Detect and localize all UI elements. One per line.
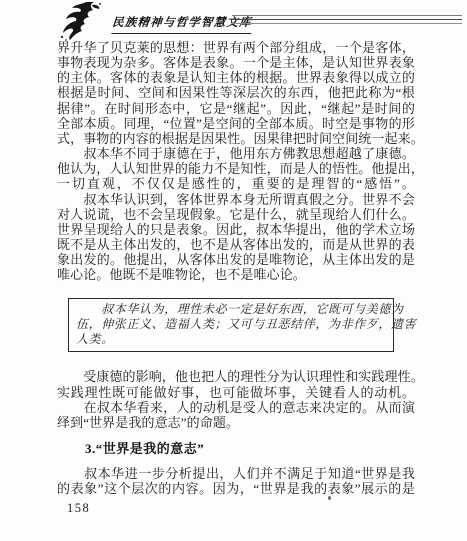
quote-box: 叔本华认为，理性未必一定是好东西，它既可与美德为伍，伸张正义、造福人类；又可与丑…	[68, 298, 394, 353]
text-line: 伍，伸张正义、造福人类；又可与丑恶结伴，为非作歹，遗害	[76, 317, 386, 332]
page-number: 158	[67, 501, 415, 516]
text-line: 在叔本华看来，人的动机是受人的意志来决定的。从而演	[57, 400, 415, 415]
text-line: 的主体。客体的表象是认知主体的根据。世界表象得以成立的	[57, 70, 415, 85]
header-rule-bottom	[232, 23, 462, 24]
text-line: 全部本质。同理，“位置”是空间的全部本质。时空是事物的形	[57, 116, 415, 131]
header-rule-lines	[232, 15, 462, 27]
text-line: 世界呈现给人的只是表象。因此，叔本华提出，他的学术立场	[57, 222, 415, 237]
body-paragraphs-middle: 受康德的影响，他也把人的理性分为认识理性和实践理性。实践理性既可能做好事，也可能…	[57, 369, 415, 430]
header-rule-middle	[232, 19, 462, 20]
text-line: 既不是从主体出发的，也不是从客体出发的，而是从世界的表	[57, 237, 415, 252]
text-line: 叔本华不同于康德在于，他用东方佛教思想超越了康德。	[57, 146, 415, 161]
text-column: 界升华了贝克莱的思想：世界有两个部分组成，一个是客体，事物表现为杂多。客体是表象…	[57, 40, 415, 516]
text-line: 绎到“世界是我的意志”的命题。	[57, 415, 415, 430]
text-line: 受康德的影响，他也把人的理性分为认识理性和实践理性。	[57, 369, 415, 384]
text-line: 叔本华认为，理性未必一定是好东西，它既可与美德为	[76, 302, 386, 317]
text-line: 事物表现为杂多。客体是表象。一个是主体，是认知世界表象	[57, 55, 415, 70]
header-rule-top	[232, 15, 462, 16]
section-heading: 3.“世界是我的意志”	[85, 438, 415, 457]
text-line: 他认为，人认知世界的能力不是知性，而是人的悟性。他提出，	[57, 161, 415, 176]
text-line: 叔本华认识到，客体世界本身无所谓真假之分。世界不会	[57, 192, 415, 207]
text-line: 人类。	[76, 332, 386, 347]
text-line: 根据是时间、空间和因果性等深层次的东西，他把此称为“根	[57, 85, 415, 100]
body-paragraph-bottom: 叔本华进一步分析提出，人们并不满足于知道“世界是我的表象”这个层次的内容。因为，…	[57, 466, 415, 496]
text-line: 叔本华进一步分析提出，人们并不满足于知道“世界是我	[57, 466, 415, 481]
ink-brush-logo	[56, 1, 108, 41]
text-line: 唯心论。他既不是唯物论，也不是唯心论。	[57, 267, 415, 282]
body-paragraphs-top: 界升华了贝克莱的思想：世界有两个部分组成，一个是客体，事物表现为杂多。客体是表象…	[57, 40, 415, 283]
text-line: 对人说谎，也不会呈现假象。它是什么，就呈现给人们什么。	[57, 207, 415, 222]
scanned-book-page: 民族精神与哲学智慧文库 界升华了贝克莱的思想：世界有两个部分组成，一个是客体，事…	[0, 0, 467, 541]
text-line: 实践理性既可能做好事，也可能做坏事，关键看人的动机。	[57, 385, 415, 400]
text-line: 象出发的。他提出，从客体出发的是唯物论，从主体出发的是	[57, 252, 415, 267]
text-line: 式，事物的内容的根据是因果性。因果律把时间空间统一起来。	[57, 131, 415, 146]
text-line: 据律”。在时间形态中，它是“继起”。因此，“继起”是时间的	[57, 101, 415, 116]
page-header: 民族精神与哲学智慧文库	[0, 0, 467, 40]
text-line: 一切直观，不仅仅是感性的，重要的是理智的“感悟”。	[57, 176, 415, 191]
text-line: 界升华了贝克莱的思想：世界有两个部分组成，一个是客体，	[57, 40, 415, 55]
scan-artifact-speck	[328, 496, 331, 500]
text-line: 的表象”这个层次的内容。因为，“世界是我的表象”展示的是	[57, 481, 415, 496]
